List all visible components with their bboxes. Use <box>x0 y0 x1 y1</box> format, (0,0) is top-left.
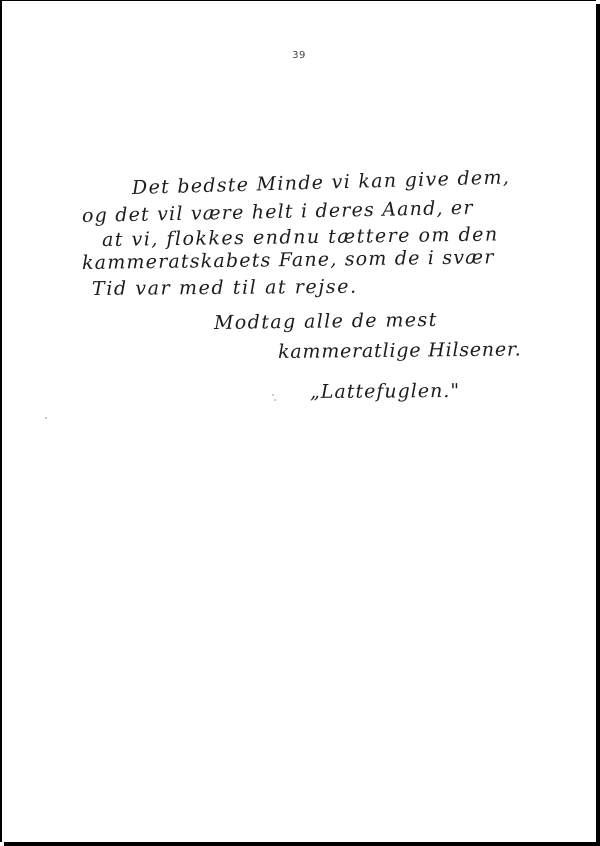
letter-line: og det vil være helt i deres Aand, er <box>82 197 474 227</box>
page-number: 39 <box>2 50 596 61</box>
letter-line: kammeratskabets Fane, som de i svær <box>82 246 495 274</box>
signature: „Lattefuglen." <box>310 380 460 403</box>
letter-line: Det bedste Minde vi kan give dem, <box>132 166 511 199</box>
paper-speck <box>274 399 276 401</box>
closing-line: Modtag alle de mest <box>214 309 438 334</box>
paper-speck <box>272 394 274 396</box>
letter-line: Tid var med til at rejse. <box>92 276 358 300</box>
paper-speck <box>45 417 47 419</box>
document-page: 39 Det bedste Minde vi kan give dem, og … <box>0 0 596 842</box>
closing-line: kammeratlige Hilsener. <box>278 338 522 363</box>
